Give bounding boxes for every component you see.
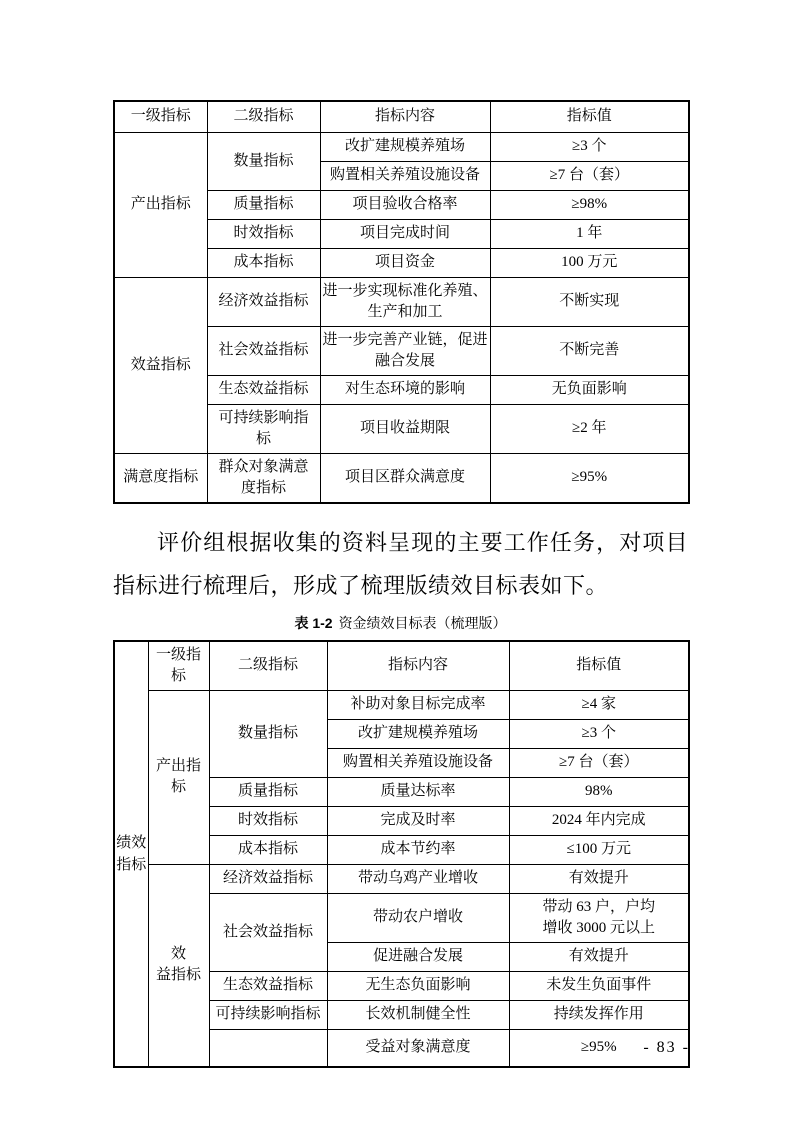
level1-cell: 产出指 标: [148, 690, 209, 864]
value-cell: 不断完善: [490, 326, 689, 375]
content-cell: 长效机制健全性: [327, 1000, 509, 1029]
content-cell: 完成及时率: [327, 806, 509, 835]
column-header: 一级指标: [114, 101, 207, 132]
value-cell: 2024 年内完成: [509, 806, 689, 835]
level2-cell: 社会效益指标: [209, 893, 327, 971]
value-cell: 持续发挥作用: [509, 1000, 689, 1029]
page-number: - 83 -: [643, 1039, 690, 1057]
level2-cell: 可持续影响指 标: [207, 404, 320, 453]
table-row: 一级指标 二级指标 指标内容 指标值: [114, 101, 689, 132]
level1-cell: 效 益指标: [148, 864, 209, 1067]
column-header: 二级指标: [209, 641, 327, 691]
content-cell: 项目区群众满意度: [320, 453, 490, 503]
level2-cell: 数量指标: [207, 132, 320, 190]
document-page: { "document": { "paragraph": "评价组根据收集的资料…: [0, 0, 793, 1122]
value-cell: ≤100 万元: [509, 835, 689, 864]
level1-cell: 满意度指标: [114, 453, 207, 503]
content-cell: 成本节约率: [327, 835, 509, 864]
table-row: 产出指 标 数量指标 补助对象目标完成率 ≥4 家: [114, 690, 689, 719]
value-cell: ≥3 个: [490, 132, 689, 161]
value-cell: ≥95%: [490, 453, 689, 503]
content-cell: 无生态负面影响: [327, 971, 509, 1000]
column-header: 指标值: [509, 641, 689, 691]
level2-cell: 社会效益指标: [207, 326, 320, 375]
value-cell: 未发生负面事件: [509, 971, 689, 1000]
column-header: 二级指标: [207, 101, 320, 132]
level2-cell: 成本指标: [209, 835, 327, 864]
table-caption-title: 资金绩效目标表（梳理版）: [339, 617, 507, 632]
content-cell: 带动乌鸡产业增收: [327, 864, 509, 893]
content-cell: 项目资金: [320, 248, 490, 277]
level2-cell: 质量指标: [209, 777, 327, 806]
level2-cell: 生态效益指标: [209, 971, 327, 1000]
value-cell: 不断实现: [490, 277, 689, 326]
value-cell: ≥3 个: [509, 719, 689, 748]
content-cell: 对生态环境的影响: [320, 375, 490, 404]
value-cell: ≥4 家: [509, 690, 689, 719]
level2-cell-empty: [209, 1029, 327, 1067]
body-paragraph: 评价组根据收集的资料呈现的主要工作任务，对项目指标进行梳理后，形成了梳理版绩效目…: [113, 521, 688, 607]
value-cell: 带动 63 户，户均 增收 3000 元以上: [509, 893, 689, 942]
table-row: 产出指标 数量指标 改扩建规模养殖场 ≥3 个: [114, 132, 689, 161]
value-cell: ≥98%: [490, 190, 689, 219]
level1-cell: 效益指标: [114, 277, 207, 453]
table-row: 绩效指标 一级指 标 二级指标 指标内容 指标值: [114, 641, 689, 691]
table-row: 满意度指标 群众对象满意 度指标 项目区群众满意度 ≥95%: [114, 453, 689, 503]
level2-cell: 群众对象满意 度指标: [207, 453, 320, 503]
value-cell: ≥2 年: [490, 404, 689, 453]
value-cell: 98%: [509, 777, 689, 806]
performance-target-table-sorted: 绩效指标 一级指 标 二级指标 指标内容 指标值 产出指 标 数量指标 补助对象…: [113, 640, 690, 1069]
level2-cell: 经济效益指标: [207, 277, 320, 326]
level2-cell: 经济效益指标: [209, 864, 327, 893]
column-header: 一级指 标: [148, 641, 209, 691]
content-cell: 改扩建规模养殖场: [327, 719, 509, 748]
value-cell: ≥7 台（套）: [509, 748, 689, 777]
table-caption-label: 表 1-2: [294, 615, 332, 631]
level2-cell: 数量指标: [209, 690, 327, 777]
content-cell: 进一步实现标准化养殖、 生产和加工: [320, 277, 490, 326]
column-header: 指标内容: [327, 641, 509, 691]
performance-target-table-original: 一级指标 二级指标 指标内容 指标值 产出指标 数量指标 改扩建规模养殖场 ≥3…: [113, 100, 690, 504]
content-cell: 改扩建规模养殖场: [320, 132, 490, 161]
content-cell: 带动农户增收: [327, 893, 509, 942]
content-cell: 项目收益期限: [320, 404, 490, 453]
value-cell: 100 万元: [490, 248, 689, 277]
content-cell: 促进融合发展: [327, 942, 509, 971]
value-cell: 无负面影响: [490, 375, 689, 404]
page-content: 一级指标 二级指标 指标内容 指标值 产出指标 数量指标 改扩建规模养殖场 ≥3…: [113, 100, 688, 1068]
content-cell: 项目完成时间: [320, 219, 490, 248]
content-cell: 项目验收合格率: [320, 190, 490, 219]
value-cell: 有效提升: [509, 864, 689, 893]
content-cell: 质量达标率: [327, 777, 509, 806]
level2-cell: 生态效益指标: [207, 375, 320, 404]
value-cell: 有效提升: [509, 942, 689, 971]
column-header: 指标值: [490, 101, 689, 132]
level2-cell: 时效指标: [207, 219, 320, 248]
table-caption: 表 1-2资金绩效目标表（梳理版）: [113, 613, 688, 635]
level2-cell: 可持续影响指标: [209, 1000, 327, 1029]
side-label-cell: 绩效指标: [114, 641, 148, 1068]
level1-cell: 产出指标: [114, 132, 207, 277]
value-cell: ≥7 台（套）: [490, 161, 689, 190]
content-cell: 购置相关养殖设施设备: [327, 748, 509, 777]
value-cell: 1 年: [490, 219, 689, 248]
level2-cell: 成本指标: [207, 248, 320, 277]
level2-cell: 时效指标: [209, 806, 327, 835]
table-row: 效 益指标 经济效益指标 带动乌鸡产业增收 有效提升: [114, 864, 689, 893]
level2-cell: 质量指标: [207, 190, 320, 219]
content-cell: 进一步完善产业链，促进 融合发展: [320, 326, 490, 375]
table-row: 效益指标 经济效益指标 进一步实现标准化养殖、 生产和加工 不断实现: [114, 277, 689, 326]
content-cell: 受益对象满意度: [327, 1029, 509, 1067]
content-cell: 补助对象目标完成率: [327, 690, 509, 719]
content-cell: 购置相关养殖设施设备: [320, 161, 490, 190]
column-header: 指标内容: [320, 101, 490, 132]
